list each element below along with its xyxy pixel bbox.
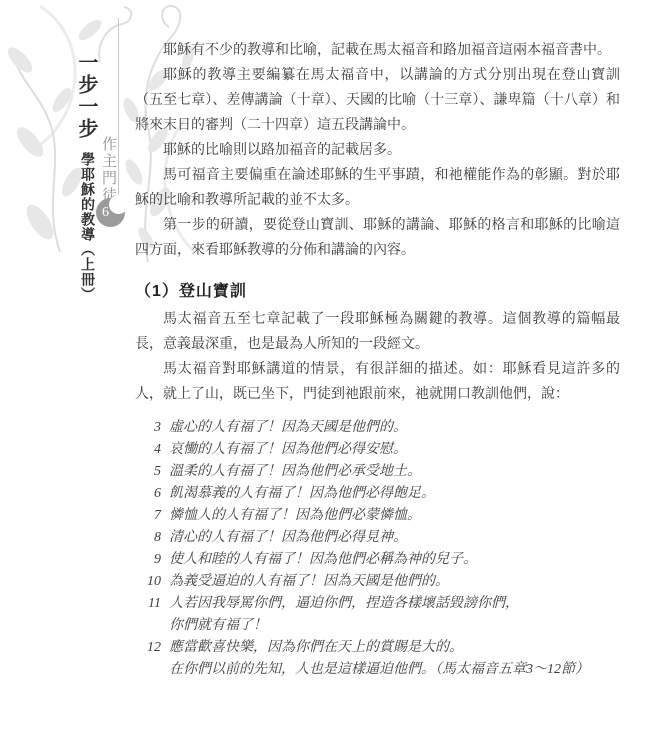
verse-number: 10 — [135, 571, 161, 593]
verse-row: 6 飢渴慕義的人有福了！因為他們必得飽足。 — [135, 483, 620, 505]
chapter-label: 作主門徒 — [98, 136, 119, 204]
verse-number: 4 — [135, 439, 161, 461]
verse-row: 8 清心的人有福了！因為他們必得見神。 — [135, 527, 620, 549]
verse-text: 清心的人有福了！因為他們必得見神。 — [169, 527, 620, 549]
verse-list: 3 虛心的人有福了！因為天國是他們的。 4 哀慟的人有福了！因為他們必得安慰。 … — [135, 417, 620, 681]
verse-row: 7 憐恤人的人有福了！因為他們必蒙憐恤。 — [135, 505, 620, 527]
verse-row: 4 哀慟的人有福了！因為他們必得安慰。 — [135, 439, 620, 461]
verse-number: 3 — [135, 417, 161, 439]
verse-text: 你們就有福了！ — [169, 615, 620, 637]
verse-row: 11 人若因我辱罵你們，逼迫你們，捏造各樣壞話毀謗你們， — [135, 593, 620, 615]
verse-row-continuation: 你們就有福了！ — [135, 615, 620, 637]
verse-row: 9 使人和睦的人有福了！因為他們必稱為神的兒子。 — [135, 549, 620, 571]
paragraph-3: 耶穌的比喻則以路加福音的記載居多。 — [135, 138, 620, 163]
verse-number: 11 — [135, 593, 161, 615]
verse-number-empty — [135, 615, 161, 637]
book-title-vertical: 一步一步 學耶穌的教導（上冊） — [72, 52, 101, 284]
page-number-badge: 6 — [96, 198, 125, 227]
verse-number: 7 — [135, 505, 161, 527]
book-page: 一步一步 學耶穌的教導（上冊） 作主門徒 6 耶穌有不少的教導和比喻，記載在馬太… — [0, 0, 650, 750]
verse-text: 哀慟的人有福了！因為他們必得安慰。 — [169, 439, 620, 461]
verse-text: 溫柔的人有福了！因為他們必承受地土。 — [169, 461, 620, 483]
verse-number-empty — [135, 659, 161, 681]
verse-row: 3 虛心的人有福了！因為天國是他們的。 — [135, 417, 620, 439]
crescent-icon — [109, 195, 128, 214]
verse-text: 人若因我辱罵你們，逼迫你們，捏造各樣壞話毀謗你們， — [169, 593, 620, 615]
verse-text: 飢渴慕義的人有福了！因為他們必得飽足。 — [169, 483, 620, 505]
paragraph-2: 耶穌的教導主要編纂在馬太福音中，以講論的方式分別出現在登山寶訓（五至七章）、差傳… — [135, 63, 620, 138]
page-number: 6 — [102, 206, 109, 220]
verse-number: 9 — [135, 549, 161, 571]
verse-text: 在你們以前的先知，人也是這樣逼迫他們。（馬太福音五章3～12節） — [169, 659, 620, 681]
series-title: 一步一步 — [75, 52, 97, 140]
section-heading: （1）登山寶訓 — [135, 278, 620, 301]
verse-text: 憐恤人的人有福了！因為他們必蒙憐恤。 — [169, 505, 620, 527]
verse-text: 使人和睦的人有福了！因為他們必稱為神的兒子。 — [169, 549, 620, 571]
verse-number: 6 — [135, 483, 161, 505]
verse-text: 應當歡喜快樂，因為你們在天上的賞賜是大的。 — [169, 637, 620, 659]
verse-text: 為義受逼迫的人有福了！因為天國是他們的。 — [169, 571, 620, 593]
section-paragraph-1: 馬太福音五至七章記載了一段耶穌極為關鍵的教導。這個教導的篇幅最長，意義最深重，也… — [135, 307, 620, 357]
verse-row-continuation: 在你們以前的先知，人也是這樣逼迫他們。（馬太福音五章3～12節） — [135, 659, 620, 681]
paragraph-4: 馬可福音主要偏重在論述耶穌的生平事蹟，和祂權能作為的彰顯。對於耶穌的比喻和教導所… — [135, 163, 620, 213]
verse-number: 8 — [135, 527, 161, 549]
verse-row: 12 應當歡喜快樂，因為你們在天上的賞賜是大的。 — [135, 637, 620, 659]
verse-row: 5 溫柔的人有福了！因為他們必承受地土。 — [135, 461, 620, 483]
paragraph-1: 耶穌有不少的教導和比喻，記載在馬太福音和路加福音這兩本福音書中。 — [135, 38, 620, 63]
section-paragraph-2: 馬太福音對耶穌講道的情景，有很詳細的描述。如：耶穌看見這許多的人，就上了山，既已… — [135, 357, 620, 407]
main-content: 耶穌有不少的教導和比喻，記載在馬太福音和路加福音這兩本福音書中。 耶穌的教導主要… — [135, 38, 620, 681]
verse-number: 5 — [135, 461, 161, 483]
verse-text: 虛心的人有福了！因為天國是他們的。 — [169, 417, 620, 439]
verse-row: 10 為義受逼迫的人有福了！因為天國是他們的。 — [135, 571, 620, 593]
series-subtitle: 學耶穌的教導（上冊） — [79, 152, 94, 302]
verse-number: 12 — [135, 637, 161, 659]
paragraph-5: 第一步的研讀，要從登山寶訓、耶穌的講論、耶穌的格言和耶穌的比喻這四方面，來看耶穌… — [135, 213, 620, 263]
